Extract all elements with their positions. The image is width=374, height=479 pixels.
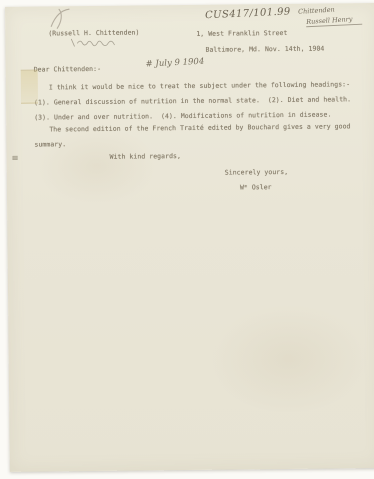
body-line: I think it would be nice to treat the su… (49, 80, 350, 91)
small-edge-mark (13, 156, 18, 160)
handwritten-squiggle (67, 37, 119, 50)
handwritten-date-note: # July 9 1904 (145, 57, 204, 70)
salutation: Dear Chittenden:- (34, 65, 101, 74)
body-line: (3). Under and over nutrition. (4). Modi… (34, 110, 331, 121)
closing-signoff: Sincerely yours, (225, 168, 289, 177)
letter-paper: CUS417/101.99 Chittenden Russell Henry (… (5, 3, 374, 472)
closing-regards: With kind regards, (110, 152, 181, 161)
body-line: summary. (34, 140, 66, 148)
recipient-note-line1: Chittenden (298, 5, 335, 15)
body-line: (1). General discussion of nutrition in … (34, 95, 351, 106)
paper-stain (208, 303, 369, 415)
annotation-underline (304, 23, 366, 30)
signature: Wᵐ Osler (240, 183, 272, 191)
catalog-number: CUS417/101.99 (205, 6, 291, 21)
body-line: The second edition of the French Traité … (49, 122, 350, 133)
address-line2: Baltimore, Md. Nov. 14th, 1904 (205, 45, 324, 54)
paper-stain (36, 125, 157, 206)
scan-background: CUS417/101.99 Chittenden Russell Henry (… (0, 0, 374, 479)
tape-remnant (21, 70, 38, 104)
address-line1: 1, West Franklin Street (196, 29, 287, 38)
